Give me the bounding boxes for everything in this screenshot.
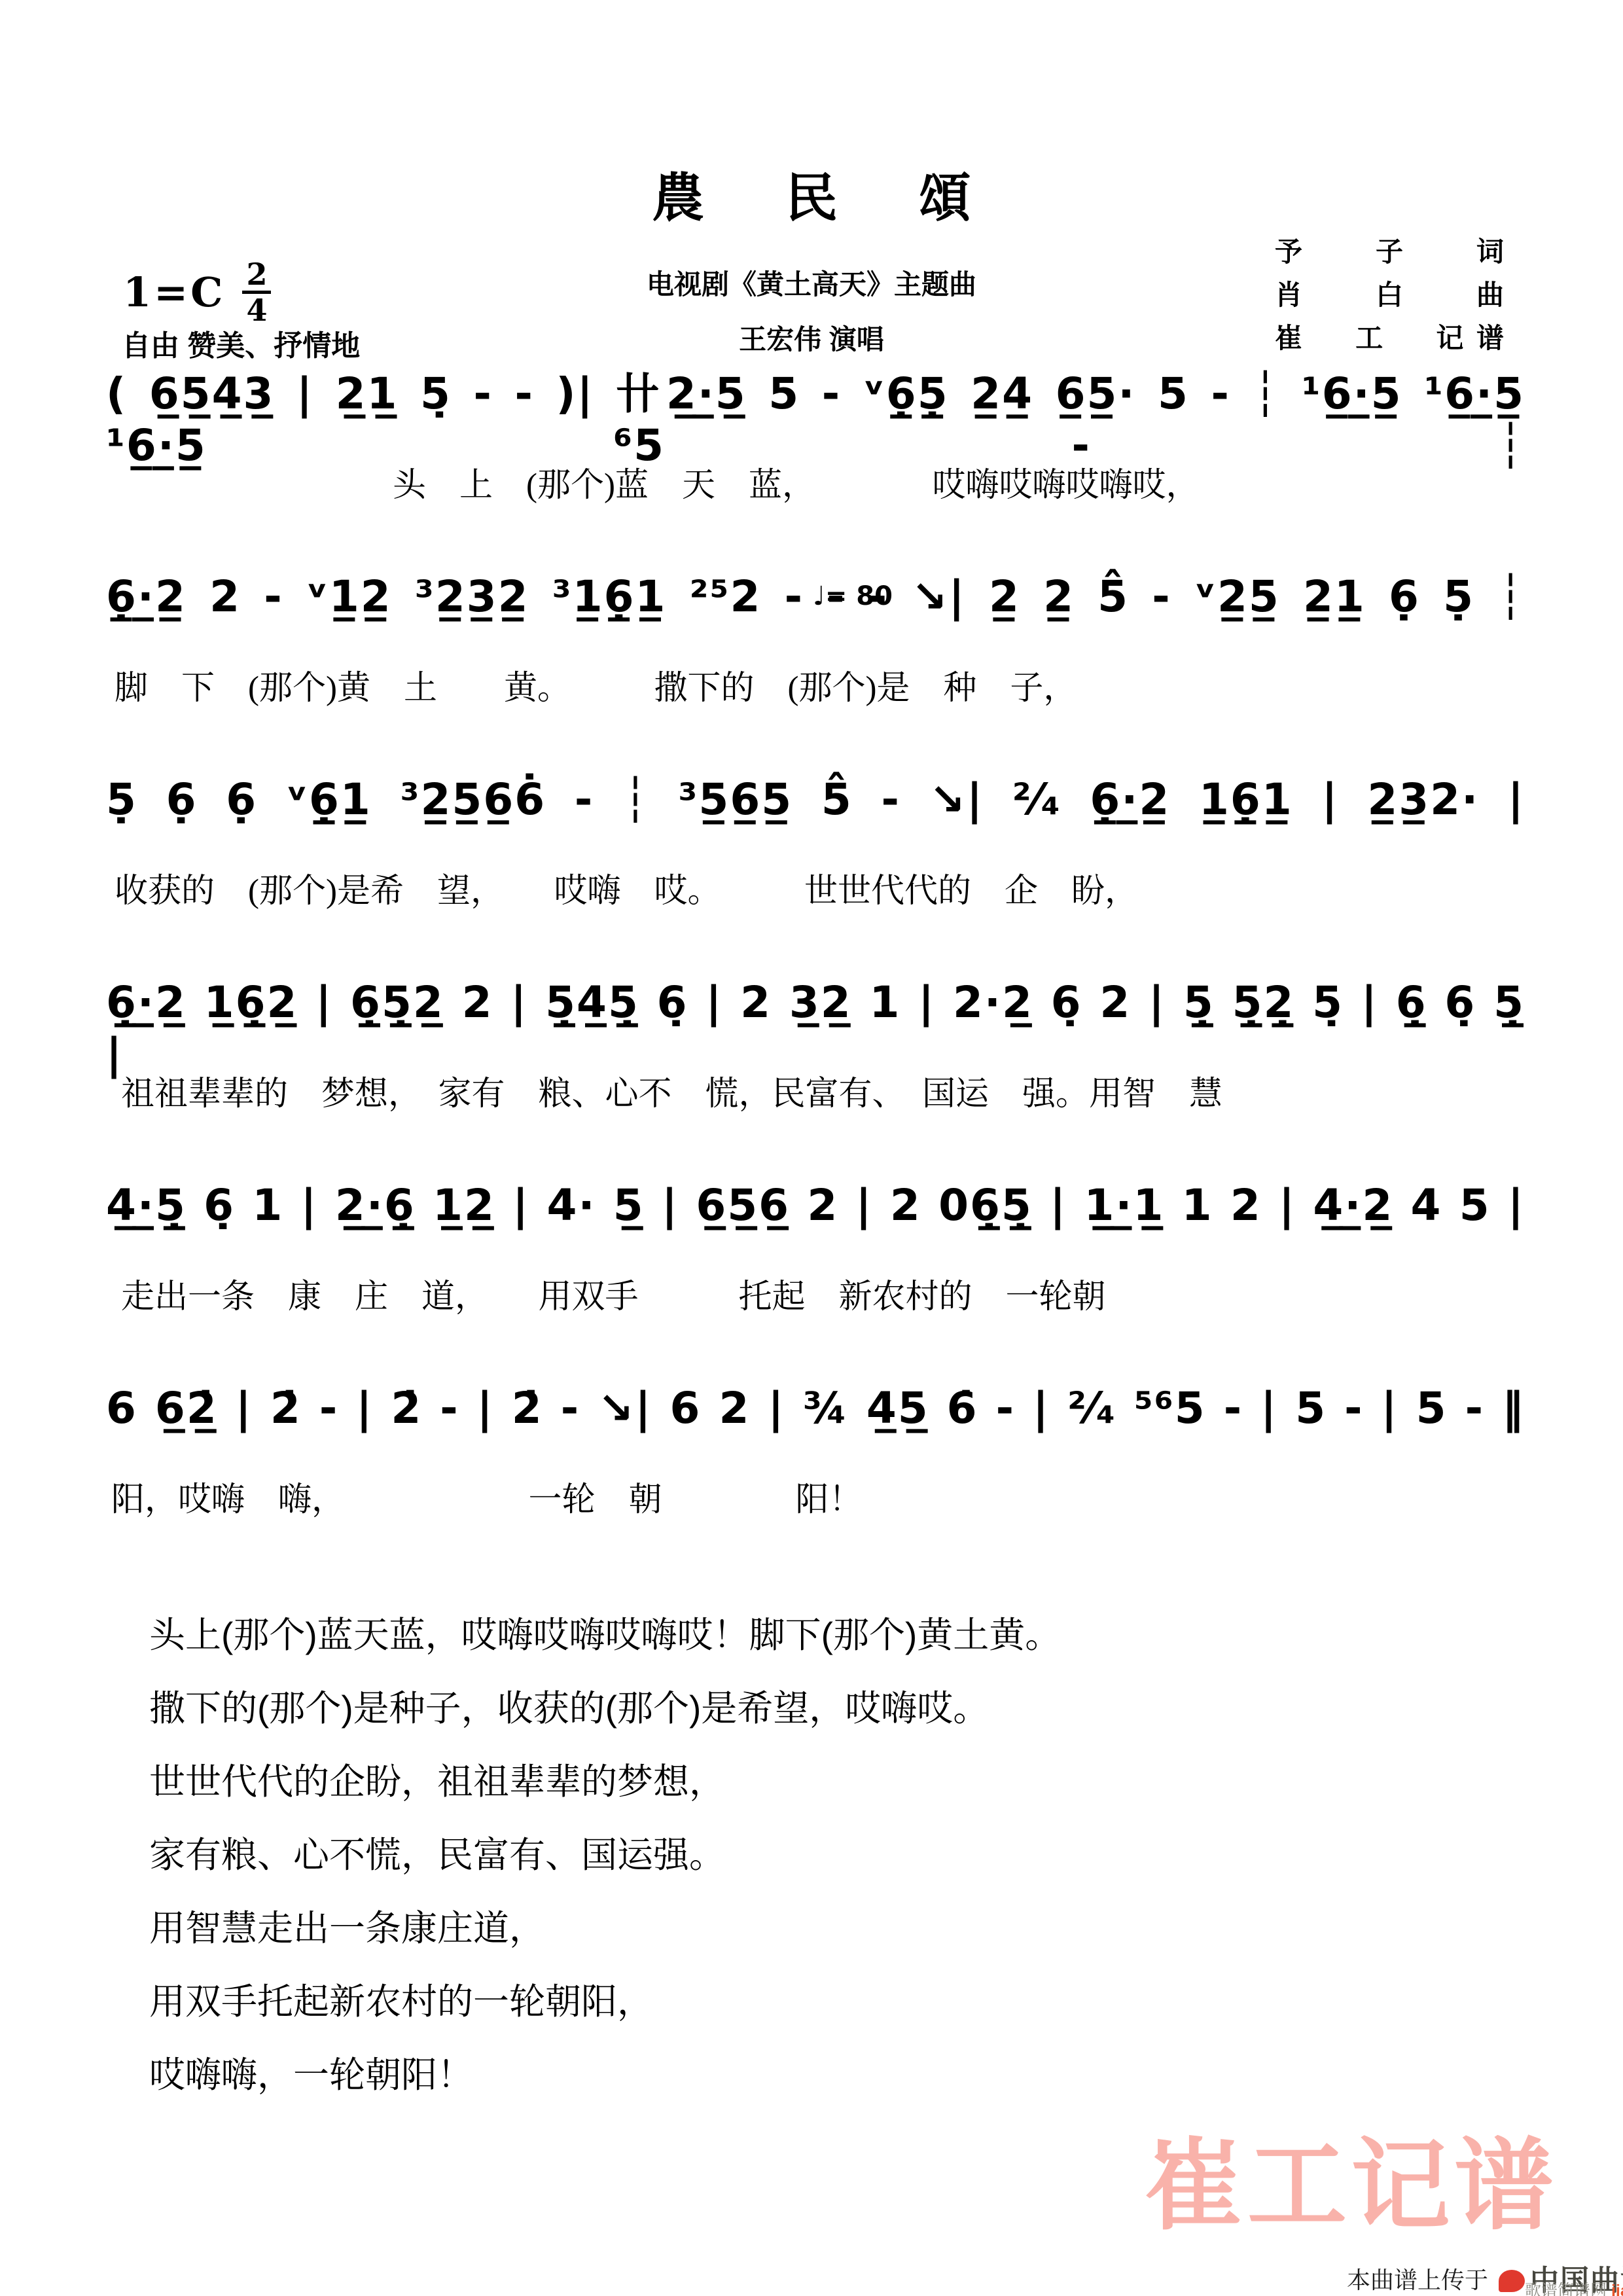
- sheet-music-page: 農民頌 1=C 2 4 自由 赞美、抒情地 电视剧《黄土高天》主题曲 王宏伟 演…: [0, 0, 1623, 2296]
- page-footer: 本曲谱上传于 中国曲谱网 歌谱简谱网 jianpu.cn: [0, 2257, 1623, 2296]
- notation-line-5: 4̲·̲5̲̣ 6̣ 1 | 2̲·̲6̲̣ 1̲2̲ | 4· 5̲ | 6̲…: [106, 1179, 1525, 1231]
- upload-note: 本曲谱上传于: [1347, 2262, 1488, 2295]
- notation-lyrics-6: 阳，哎嗨 嗨， 一轮 朝 阳！: [111, 1480, 863, 1520]
- site-attribution: 歌谱简谱网 jianpu.cn: [1525, 2278, 1623, 2296]
- composer-credit: 肖 白 曲: [1275, 274, 1504, 317]
- notation-lyrics-5: 走出一条 康 庄 道， 用双手 托起 新农村的 一轮朝: [121, 1278, 1106, 1318]
- notation-line-3: 5̣ 6̣ 6̣ ᵛ6̲̣1̲ ³2̲5̲6̲6̇ - ┆ ³5̲6̲5̲ 5̂…: [106, 774, 1525, 825]
- notation-line-6: 6 6̲2̲̇ | 2̇ - | 2̇ - | 2̇ - ↘| 6 2 | ¾ …: [106, 1382, 1525, 1434]
- lyrics-line: 用智慧走出一条康庄道，: [149, 1892, 1061, 1965]
- lyrics-paragraph: 头上(那个)蓝天蓝，哎嗨哎嗨哎嗨哎！脚下(那个)黄土黄。 撒下的(那个)是种子，…: [149, 1598, 1061, 2111]
- transcriber-credit: 崔 工 记谱: [1275, 317, 1504, 360]
- notation-lyrics-3: 收获的 (那个)是希 望， 哎嗨 哎。 世世代代的 企 盼，: [115, 872, 1138, 912]
- lyrics-line: 用双手托起新农村的一轮朝阳，: [149, 1965, 1061, 2038]
- lyrics-line: 哎嗨嗨，一轮朝阳！: [149, 2038, 1061, 2111]
- author-credits: 予 子 词 肖 白 曲 崔 工 记谱: [1275, 230, 1504, 360]
- notation-lyrics-2: 脚 下 (那个)黄 土 黄。 撒下的 (那个)是 种 子，: [115, 669, 1077, 709]
- notation-line-1: ( 6̲5̲4̲3̲ | 2̲1̲ 5̣ - - )| 卄2̲·̲5̲ 5 - …: [106, 368, 1525, 471]
- lyrics-line: 世世代代的企盼，祖祖辈辈的梦想，: [149, 1745, 1061, 1818]
- lyrics-line: 头上(那个)蓝天蓝，哎嗨哎嗨哎嗨哎！脚下(那个)黄土黄。: [149, 1598, 1061, 1672]
- site-url[interactable]: jianpu.cn: [1611, 2282, 1623, 2296]
- notation-lyrics-1: 头 上 (那个)蓝 天 蓝， 哎嗨哎嗨哎嗨哎，: [393, 466, 1199, 506]
- lyricist-credit: 予 子 词: [1275, 230, 1504, 274]
- lyrics-line: 家有粮、心不慌，民富有、国运强。: [149, 1818, 1061, 1892]
- notation-lyrics-4: 祖祖辈辈的 梦想， 家有 粮、心不 慌，民富有、 国运 强。用智 慧: [121, 1075, 1222, 1115]
- site-name: 歌谱简谱网: [1525, 2282, 1607, 2296]
- notation-line-4: 6̲̣·̲2̲ 1̲6̲̣2̲ | 6̲̣5̲̣2̲ 2 | 5̲̣4̲5̲̣ …: [106, 977, 1525, 1080]
- lyrics-line: 撒下的(那个)是种子，收获的(那个)是希望，哎嗨哎。: [149, 1672, 1061, 1745]
- music-note-icon: [1499, 2270, 1525, 2292]
- notation-line-2: 6̲̣·̲2̲ 2 - ᵛ1̲2̲ ³2̲3̲2̲ ³1̲6̲̣1̲ ²⁵2 -…: [106, 571, 1525, 622]
- transcriber-watermark: 崔工记谱: [1144, 2106, 1558, 2249]
- song-title: 農民頌: [0, 156, 1623, 231]
